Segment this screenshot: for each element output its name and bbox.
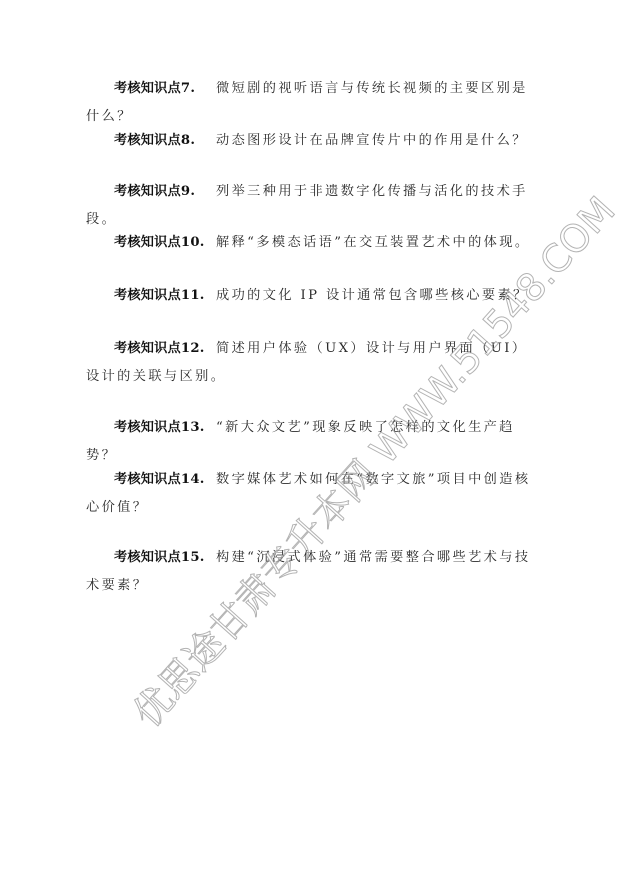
knowledge-point-label: 考核知识点14. [114, 466, 216, 494]
knowledge-point-label: 考核知识点13. [114, 414, 216, 442]
knowledge-point-label: 考核知识点12. [114, 335, 216, 363]
knowledge-point-8: 考核知识点8.动态图形设计在品牌宣传片中的作用是什么？ [86, 127, 538, 155]
knowledge-point-label: 考核知识点15. [114, 544, 216, 572]
knowledge-point-text: 解释“多模态话语”在交互装置艺术中的体现。 [216, 235, 530, 250]
knowledge-point-13: 考核知识点13.“新大众文艺”现象反映了怎样的文化生产趋势？ [86, 414, 538, 470]
knowledge-point-label: 考核知识点8. [114, 127, 216, 155]
knowledge-point-text: 动态图形设计在品牌宣传片中的作用是什么？ [216, 133, 528, 148]
knowledge-point-label: 考核知识点11. [114, 282, 216, 310]
knowledge-point-label: 考核知识点10. [114, 229, 216, 257]
knowledge-point-15: 考核知识点15.构建“沉浸式体验”通常需要整合哪些艺术与技术要素？ [86, 544, 538, 600]
knowledge-point-label: 考核知识点9. [114, 178, 216, 206]
knowledge-point-7: 考核知识点7.微短剧的视听语言与传统长视频的主要区别是什么？ [86, 75, 538, 131]
knowledge-point-12: 考核知识点12.简述用户体验（UX）设计与用户界面（UI）设计的关联与区别。 [86, 335, 538, 391]
knowledge-point-10: 考核知识点10.解释“多模态话语”在交互装置艺术中的体现。 [86, 229, 538, 257]
knowledge-point-text: 成功的文化 IP 设计通常包含哪些核心要素？ [216, 288, 529, 303]
knowledge-point-14: 考核知识点14.数字媒体艺术如何在“数字文旅”项目中创造核心价值？ [86, 466, 538, 522]
knowledge-point-9: 考核知识点9.列举三种用于非遗数字化传播与活化的技术手段。 [86, 178, 538, 234]
knowledge-point-label: 考核知识点7. [114, 75, 216, 103]
knowledge-point-11: 考核知识点11.成功的文化 IP 设计通常包含哪些核心要素？ [86, 282, 538, 310]
document-page: 考核知识点7.微短剧的视听语言与传统长视频的主要区别是什么？ 考核知识点8.动态… [0, 0, 620, 876]
